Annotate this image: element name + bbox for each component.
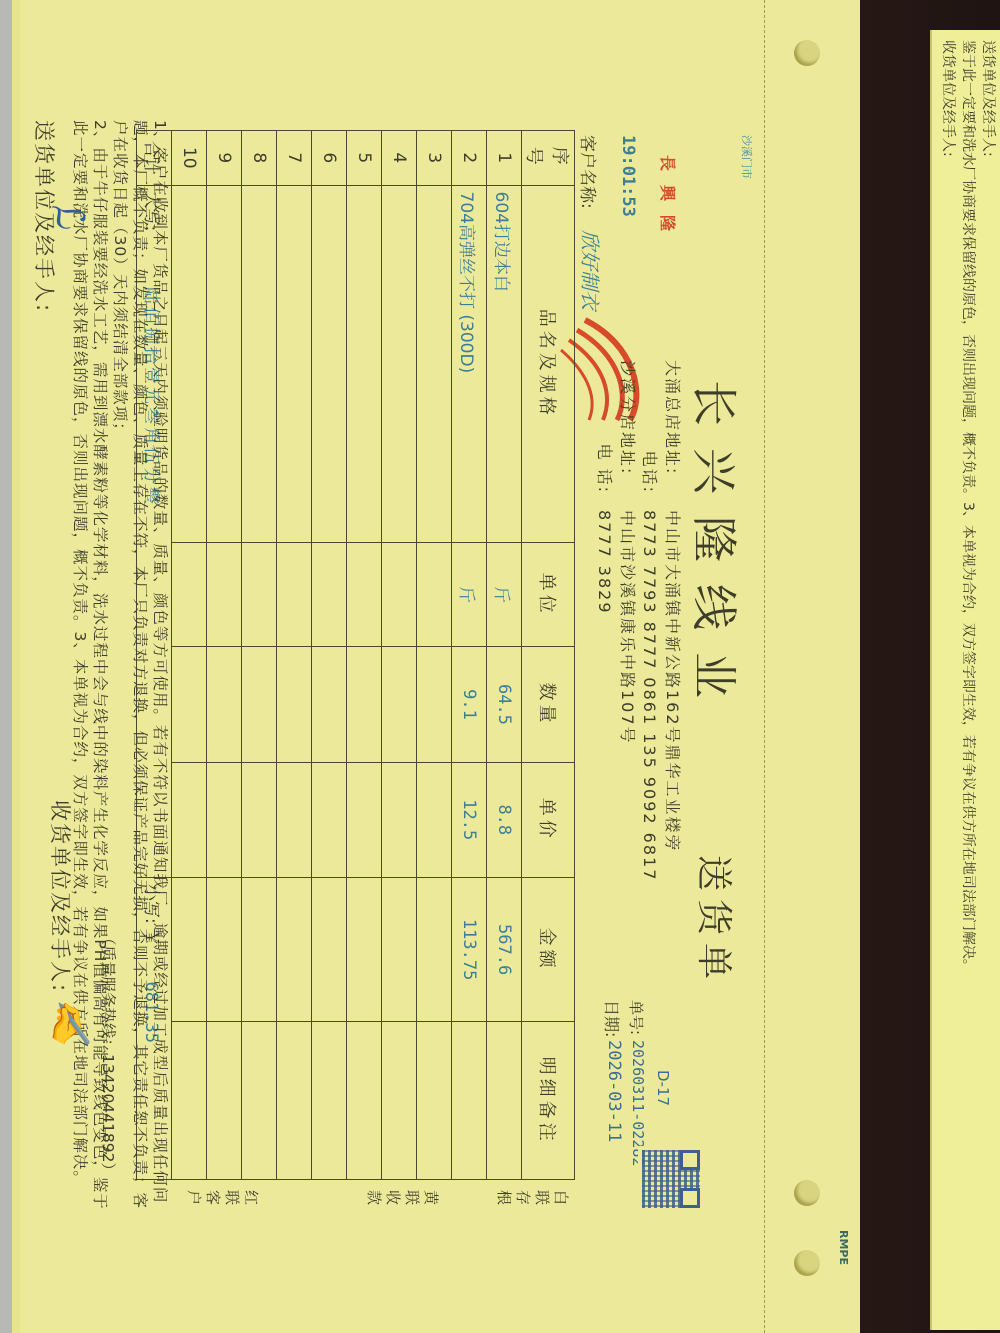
header-note: 明细备注 — [522, 1022, 575, 1180]
row-no: 1 — [487, 131, 522, 186]
table-row: 6 — [312, 131, 347, 1180]
copy-label-red: 红联客户 — [184, 1190, 260, 1212]
side-slip-line: 鉴于此一定要和洗水厂协商要求保留线的原色，否则出现问题，概不负责。3、本单视为合… — [958, 40, 978, 1140]
delivery-note: RMPE 沙溪门市 長興隆 19:01:53 长兴隆线业 送货单 大涌总店地址:… — [20, 0, 860, 1333]
row-price: 12.5 — [452, 762, 487, 877]
doc-date: 2026-03-11 — [604, 1040, 624, 1142]
quality-hotline: （质量服务热线：13420441892） — [98, 930, 120, 1178]
row-no: 5 — [347, 131, 382, 186]
adjacent-receipt-slip: 送货单位及经手人: 鉴于此一定要和洗水厂协商要求保留线的原色，否则出现问题，概不… — [930, 30, 1000, 1330]
row-no: 9 — [207, 131, 242, 186]
customer-label: 客户名称: — [577, 135, 602, 209]
table-row: 10 — [172, 131, 207, 1180]
header-qty: 数量 — [522, 647, 575, 762]
row-no: 4 — [382, 131, 417, 186]
row-unit: 斤 — [452, 542, 487, 646]
row-no: 6 — [312, 131, 347, 186]
table-row: 5 — [347, 131, 382, 1180]
row-qty: 9.1 — [452, 647, 487, 762]
copy-label-white: 白联存根 — [494, 1190, 570, 1212]
company-name: 长兴隆线业 — [684, 380, 750, 720]
row-qty: 64.5 — [487, 647, 522, 762]
hq-address: 大涌总店地址:中山市大涌镇中新公路162号鼎华工业楼旁 — [662, 360, 685, 853]
header-no: 序号 — [522, 131, 575, 186]
row-amount: 113.75 — [452, 877, 487, 1021]
row-no: 2 — [452, 131, 487, 186]
table-row: 8 — [242, 131, 277, 1180]
table-row: 9 — [207, 131, 242, 1180]
receiver-signature-icon: ✍ — [46, 996, 99, 1050]
row-name: 704高弹丝不打 (300D) — [452, 185, 487, 542]
side-slip-line: 送货单位及经手人: — [978, 40, 998, 1140]
copy-label-yellow: 黄联收款 — [364, 1190, 440, 1212]
row-no: 10 — [172, 131, 207, 186]
receiver-signature-label: 收货单位及经手人: — [46, 800, 76, 993]
header-price: 单价 — [522, 762, 575, 877]
table-header-row: 序号 品名及规格 单位 数量 单价 金额 明细备注 — [522, 131, 575, 1180]
header-unit: 单位 — [522, 542, 575, 646]
doc-no: 20260311-02282 — [629, 1040, 647, 1166]
hq-phone: 电话:8773 7793 8777 0861 135 9092 6817 — [639, 360, 662, 881]
row-note — [452, 1022, 487, 1180]
row-no: 3 — [417, 131, 452, 186]
side-slip-line: 收货单位及经手人: — [938, 40, 958, 1140]
row-price: 8.8 — [487, 762, 522, 877]
terms-text: 1、客户在收到本厂货品之日起三天内须验明货品的数量、质量、颜色等方可使用。若有不… — [70, 120, 170, 1220]
branch-address: 沙溪分店地址:中山市沙溪镇康乐中路107号 — [617, 360, 640, 745]
row-amount: 567.6 — [487, 877, 522, 1021]
branch-phone: 电 话:8777 3829 — [594, 360, 617, 615]
table-row: 1 604打边本白 斤 64.5 8.8 567.6 — [487, 131, 522, 1180]
row-unit: 斤 — [487, 542, 522, 646]
items-table: 序号 品名及规格 单位 数量 单价 金额 明细备注 1 604打边本白 斤 64… — [136, 130, 575, 1180]
qr-code-icon[interactable] — [642, 1150, 700, 1208]
header-name: 品名及规格 — [522, 185, 575, 542]
punch-hole — [794, 40, 820, 66]
document-type: 送货单 — [691, 855, 742, 987]
header-amount: 金额 — [522, 877, 575, 1021]
date-label: 日期: — [601, 1000, 624, 1037]
customer-name: 欣好制衣 — [577, 230, 606, 310]
perforation-line — [764, 0, 765, 1333]
print-time: 19:01:53 — [618, 135, 638, 217]
row-no: 7 — [277, 131, 312, 186]
company-logo: 沙溪门市 長興隆 — [635, 135, 755, 275]
row-note — [487, 1022, 522, 1180]
punch-hole — [794, 1250, 820, 1276]
table-row: 3 — [417, 131, 452, 1180]
table-row: 7 — [277, 131, 312, 1180]
row-no: 8 — [242, 131, 277, 186]
row-name: 604打边本白 — [487, 185, 522, 542]
punch-hole — [794, 1180, 820, 1206]
doc-no-label: 单号: — [626, 1000, 647, 1035]
table-row: 2 704高弹丝不打 (300D) 斤 9.1 12.5 113.75 — [452, 131, 487, 1180]
table-row: 4 — [382, 131, 417, 1180]
route-code: D-17 — [654, 1070, 672, 1106]
stub-stamp: RMPE — [837, 1230, 850, 1265]
